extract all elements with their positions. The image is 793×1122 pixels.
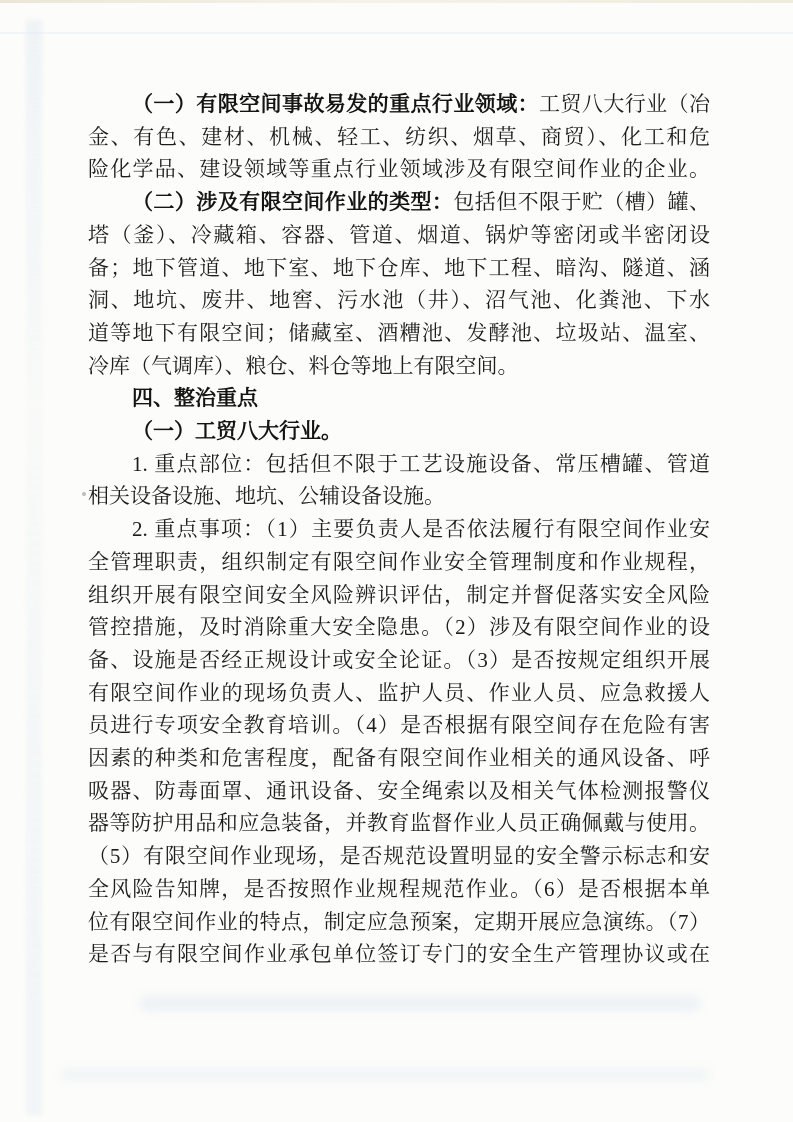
text-line: 备；地下管道、地下室、地下仓库、地下工程、暗沟、隧道、涵	[88, 252, 710, 285]
line-text-segment: 金、有色、建材、机械、轻工、纺织、烟草、商贸）、化工和危	[88, 125, 710, 149]
scan-top-edge-artifact	[0, 0, 793, 3]
text-line: 2. 重点事项：（1）主要负责人是否依法履行有限空间作业安	[88, 513, 710, 546]
scan-faint-line-artifact	[0, 32, 793, 34]
line-text-segment: 1. 重点部位：包括但不限于工艺设施设备、常压槽罐、管道	[132, 452, 710, 476]
text-line: 吸器、防毒面罩、通讯设备、安全绳索以及相关气体检测报警仪	[88, 775, 710, 808]
line-text-segment: 是否与有限空间作业承包单位签订专门的安全生产管理协议或在	[88, 942, 710, 966]
line-text-segment: 塔（釜）、冷藏箱、容器、管道、烟道、锅炉等密闭或半密闭设	[88, 223, 710, 247]
line-text-segment: 备；地下管道、地下室、地下仓库、地下工程、暗沟、隧道、涵	[88, 256, 710, 280]
text-line: 是否与有限空间作业承包单位签订专门的安全生产管理协议或在	[88, 938, 710, 971]
line-bold-segment: （一）有限空间事故易发的重点行业领域：	[132, 92, 539, 116]
text-line: 管控措施，及时消除重大安全隐患。（2）涉及有限空间作业的设	[88, 611, 710, 644]
line-text-segment: （5）有限空间作业现场，是否规范设置明显的安全警示标志和安	[88, 844, 710, 868]
line-text-segment: 有限空间作业的现场负责人、监护人员、作业人员、应急救援人	[88, 681, 710, 705]
text-line: 组织开展有限空间安全风险辨识评估，制定并督促落实安全风险	[88, 579, 710, 612]
line-text-segment: 组织开展有限空间安全风险辨识评估，制定并督促落实安全风险	[88, 583, 710, 607]
text-line: 洞、地坑、废井、地窖、污水池（井）、沼气池、化粪池、下水	[88, 284, 710, 317]
text-line: 因素的种类和危害程度，配备有限空间作业相关的通风设备、呼	[88, 742, 710, 775]
line-text-segment: 冷库（气调库）、粮仓、料仓等地上有限空间。	[88, 354, 519, 378]
text-line: 金、有色、建材、机械、轻工、纺织、烟草、商贸）、化工和危	[88, 121, 710, 154]
text-line: 塔（釜）、冷藏箱、容器、管道、烟道、锅炉等密闭或半密闭设	[88, 219, 710, 252]
line-text-segment: 包括但不限于贮（槽）罐、	[453, 190, 710, 214]
text-line: 员进行专项安全教育培训。（4）是否根据有限空间存在危险有害	[88, 709, 710, 742]
line-text-segment: 全管理职责，组织制定有限空间作业安全管理制度和作业规程，	[88, 550, 710, 574]
text-line: 全管理职责，组织制定有限空间作业安全管理制度和作业规程，	[88, 546, 710, 579]
scan-speck-artifact	[82, 492, 86, 496]
text-line: 1. 重点部位：包括但不限于工艺设施设备、常压槽罐、管道	[88, 448, 710, 481]
line-text-segment: 洞、地坑、废井、地窖、污水池（井）、沼气池、化粪池、下水	[88, 288, 710, 312]
line-text-segment: 相关设备设施、地坑、公辅设备设施。	[88, 484, 445, 508]
text-line: （二）涉及有限空间作业的类型：包括但不限于贮（槽）罐、	[88, 186, 710, 219]
line-text-segment: 道等地下有限空间；储藏室、酒糟池、发酵池、垃圾站、温室、	[88, 321, 710, 345]
line-text-segment: 器等防护用品和应急装备，并教育监督作业人员正确佩戴与使用。	[88, 811, 710, 835]
line-text-segment: 员进行专项安全教育培训。（4）是否根据有限空间存在危险有害	[88, 713, 710, 737]
text-line: 全风险告知牌，是否按照作业规程规范作业。（6）是否根据本单	[88, 873, 710, 906]
line-bold-segment: （一）工贸八大行业。	[132, 419, 342, 443]
line-text-segment: 工贸八大行业（冶	[539, 92, 710, 116]
text-line: 冷库（气调库）、粮仓、料仓等地上有限空间。	[88, 350, 710, 383]
text-line: 相关设备设施、地坑、公辅设备设施。	[88, 480, 710, 513]
scan-left-shadow-artifact	[26, 20, 42, 1115]
text-line: 位有限空间作业的特点，制定应急预案，定期开展应急演练。（7）	[88, 906, 710, 939]
section-heading: 四、整治重点	[88, 382, 710, 415]
line-text-segment: 2. 重点事项：（1）主要负责人是否依法履行有限空间作业安	[132, 517, 710, 541]
line-text-segment: 险化学品、建设领域等重点行业领域涉及有限空间作业的企业。	[88, 157, 710, 181]
line-text-segment: 吸器、防毒面罩、通讯设备、安全绳索以及相关气体检测报警仪	[88, 779, 710, 803]
line-bold-segment: （二）涉及有限空间作业的类型：	[132, 190, 453, 214]
text-line: （一）有限空间事故易发的重点行业领域：工贸八大行业（冶	[88, 88, 710, 121]
line-text-segment: 管控措施，及时消除重大安全隐患。（2）涉及有限空间作业的设	[88, 615, 710, 639]
page-bleed-through-artifact	[140, 996, 700, 1011]
text-line: 险化学品、建设领域等重点行业领域涉及有限空间作业的企业。	[88, 153, 710, 186]
page-bleed-through-artifact	[60, 1068, 710, 1081]
section-heading: （一）工贸八大行业。	[88, 415, 710, 448]
scanned-document-page: { "page": { "background_color": "#fcfcfa…	[0, 0, 793, 1122]
line-text-segment: 因素的种类和危害程度，配备有限空间作业相关的通风设备、呼	[88, 746, 710, 770]
text-line: 器等防护用品和应急装备，并教育监督作业人员正确佩戴与使用。	[88, 807, 710, 840]
text-line: （5）有限空间作业现场，是否规范设置明显的安全警示标志和安	[88, 840, 710, 873]
text-line: 道等地下有限空间；储藏室、酒糟池、发酵池、垃圾站、温室、	[88, 317, 710, 350]
line-text-segment: 全风险告知牌，是否按照作业规程规范作业。（6）是否根据本单	[88, 877, 710, 901]
text-line: 备、设施是否经正规设计或安全论证。（3）是否按规定组织开展	[88, 644, 710, 677]
line-text-segment: 备、设施是否经正规设计或安全论证。（3）是否按规定组织开展	[88, 648, 710, 672]
text-line: 有限空间作业的现场负责人、监护人员、作业人员、应急救援人	[88, 677, 710, 710]
line-bold-segment: 四、整治重点	[132, 386, 258, 410]
line-text-segment: 位有限空间作业的特点，制定应急预案，定期开展应急演练。（7）	[88, 910, 710, 934]
document-text-block: （一）有限空间事故易发的重点行业领域：工贸八大行业（冶 金、有色、建材、机械、轻…	[88, 88, 710, 971]
